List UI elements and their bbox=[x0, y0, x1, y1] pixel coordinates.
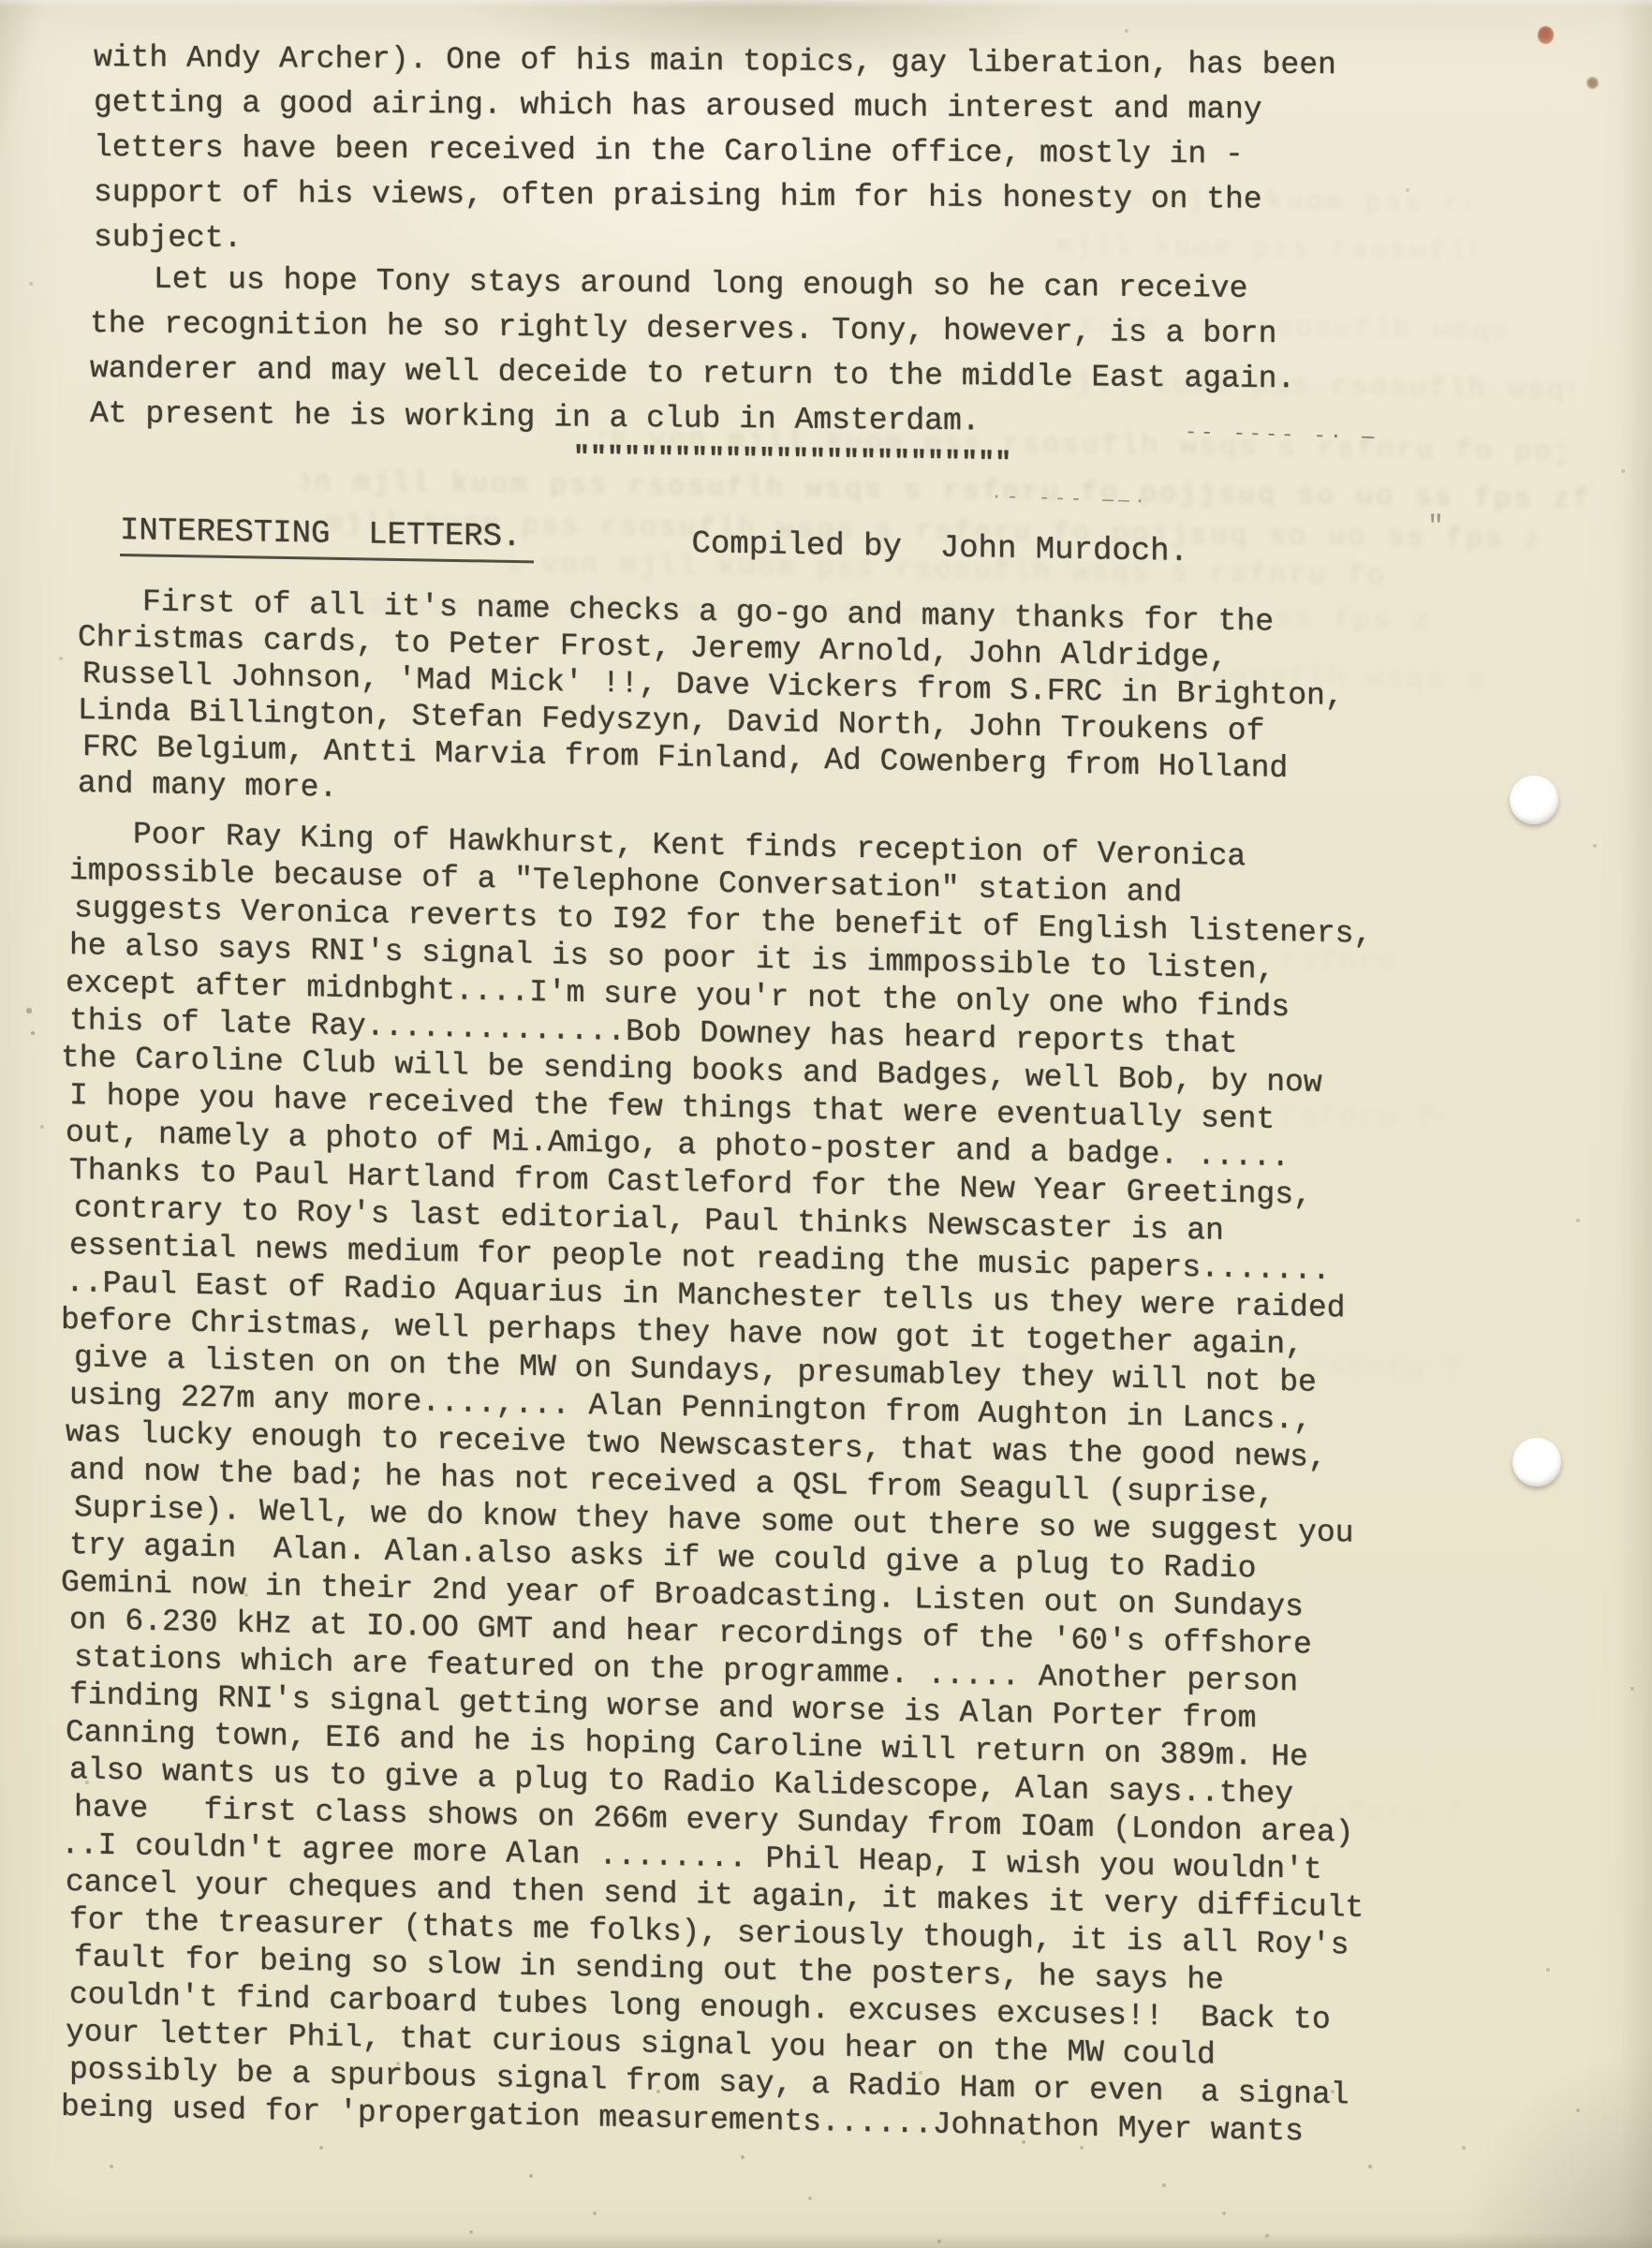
hole-punch bbox=[1512, 1438, 1561, 1486]
text-line: with Andy Archer). One of his main topic… bbox=[94, 36, 1336, 88]
rust-speck bbox=[1538, 26, 1554, 44]
scanned-newsletter-page: zs von mjll kuom pss rsosuflh wsqs s rsf… bbox=[0, 0, 1652, 2248]
section-title: INTERESTING LETTERS. bbox=[120, 513, 534, 563]
paragraph-letters-main: Poor Ray King of Hawkhurst, Kent finds r… bbox=[69, 815, 1372, 2152]
rust-speck bbox=[1586, 77, 1599, 89]
quote-divider: """""""""""""""""""""""""" bbox=[573, 442, 1011, 481]
compiled-by: Compiled by John Murdoch. bbox=[691, 523, 1188, 570]
text-line: support of his views, often praising him… bbox=[94, 170, 1336, 223]
paragraph-name-checks: First of all it's name checks a go-go an… bbox=[82, 583, 1344, 824]
hole-punch bbox=[1510, 776, 1558, 824]
stray-quote-mark: " bbox=[1427, 511, 1444, 543]
paragraph-andy-archer: with Andy Archer). One of his main topic… bbox=[94, 36, 1336, 268]
dust-specks bbox=[0, 0, 2, 2]
text-line: letters have been received in the Caroli… bbox=[94, 126, 1336, 178]
text-line: getting a good airing. which has aroused… bbox=[94, 81, 1336, 133]
paragraph-tony-hope: Let us hope Tony stays around long enoug… bbox=[90, 257, 1295, 447]
